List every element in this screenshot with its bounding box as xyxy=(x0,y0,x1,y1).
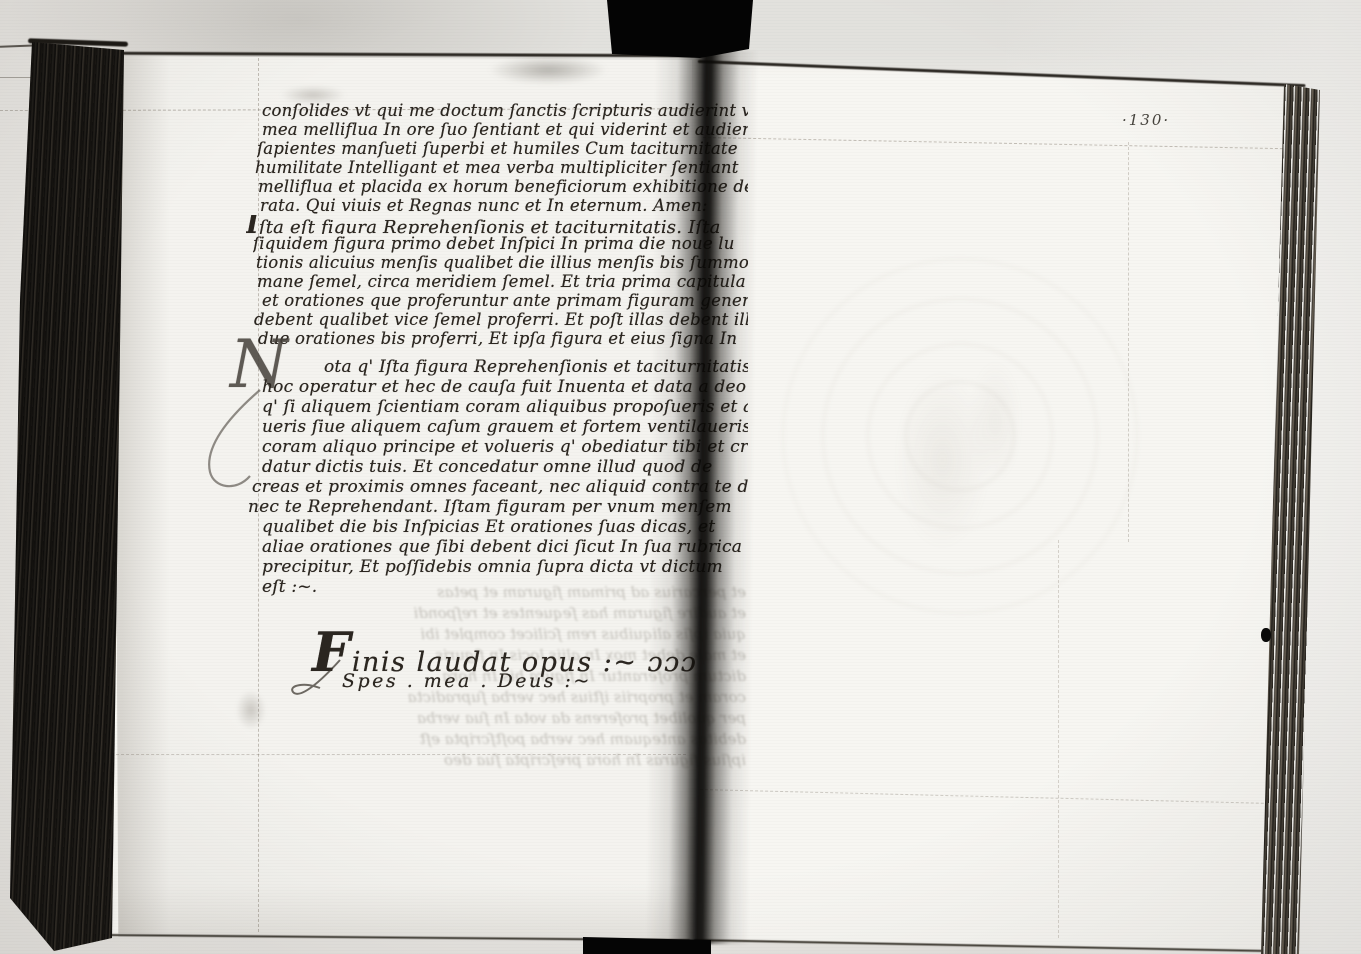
ink-stain xyxy=(488,56,608,84)
colophon-spes-mea-deus: Spes . mea . Deus :~ xyxy=(342,670,592,692)
book-board-edge-line xyxy=(0,77,34,78)
folio-number: ·130· xyxy=(1122,111,1170,129)
fore-edge-ink-mark xyxy=(1261,628,1271,642)
show-through-circular-diagram xyxy=(740,220,1180,700)
open-manuscript-photograph: et percarius ad primam figuram et petas … xyxy=(0,0,1361,954)
gutter-shadow xyxy=(645,49,758,944)
